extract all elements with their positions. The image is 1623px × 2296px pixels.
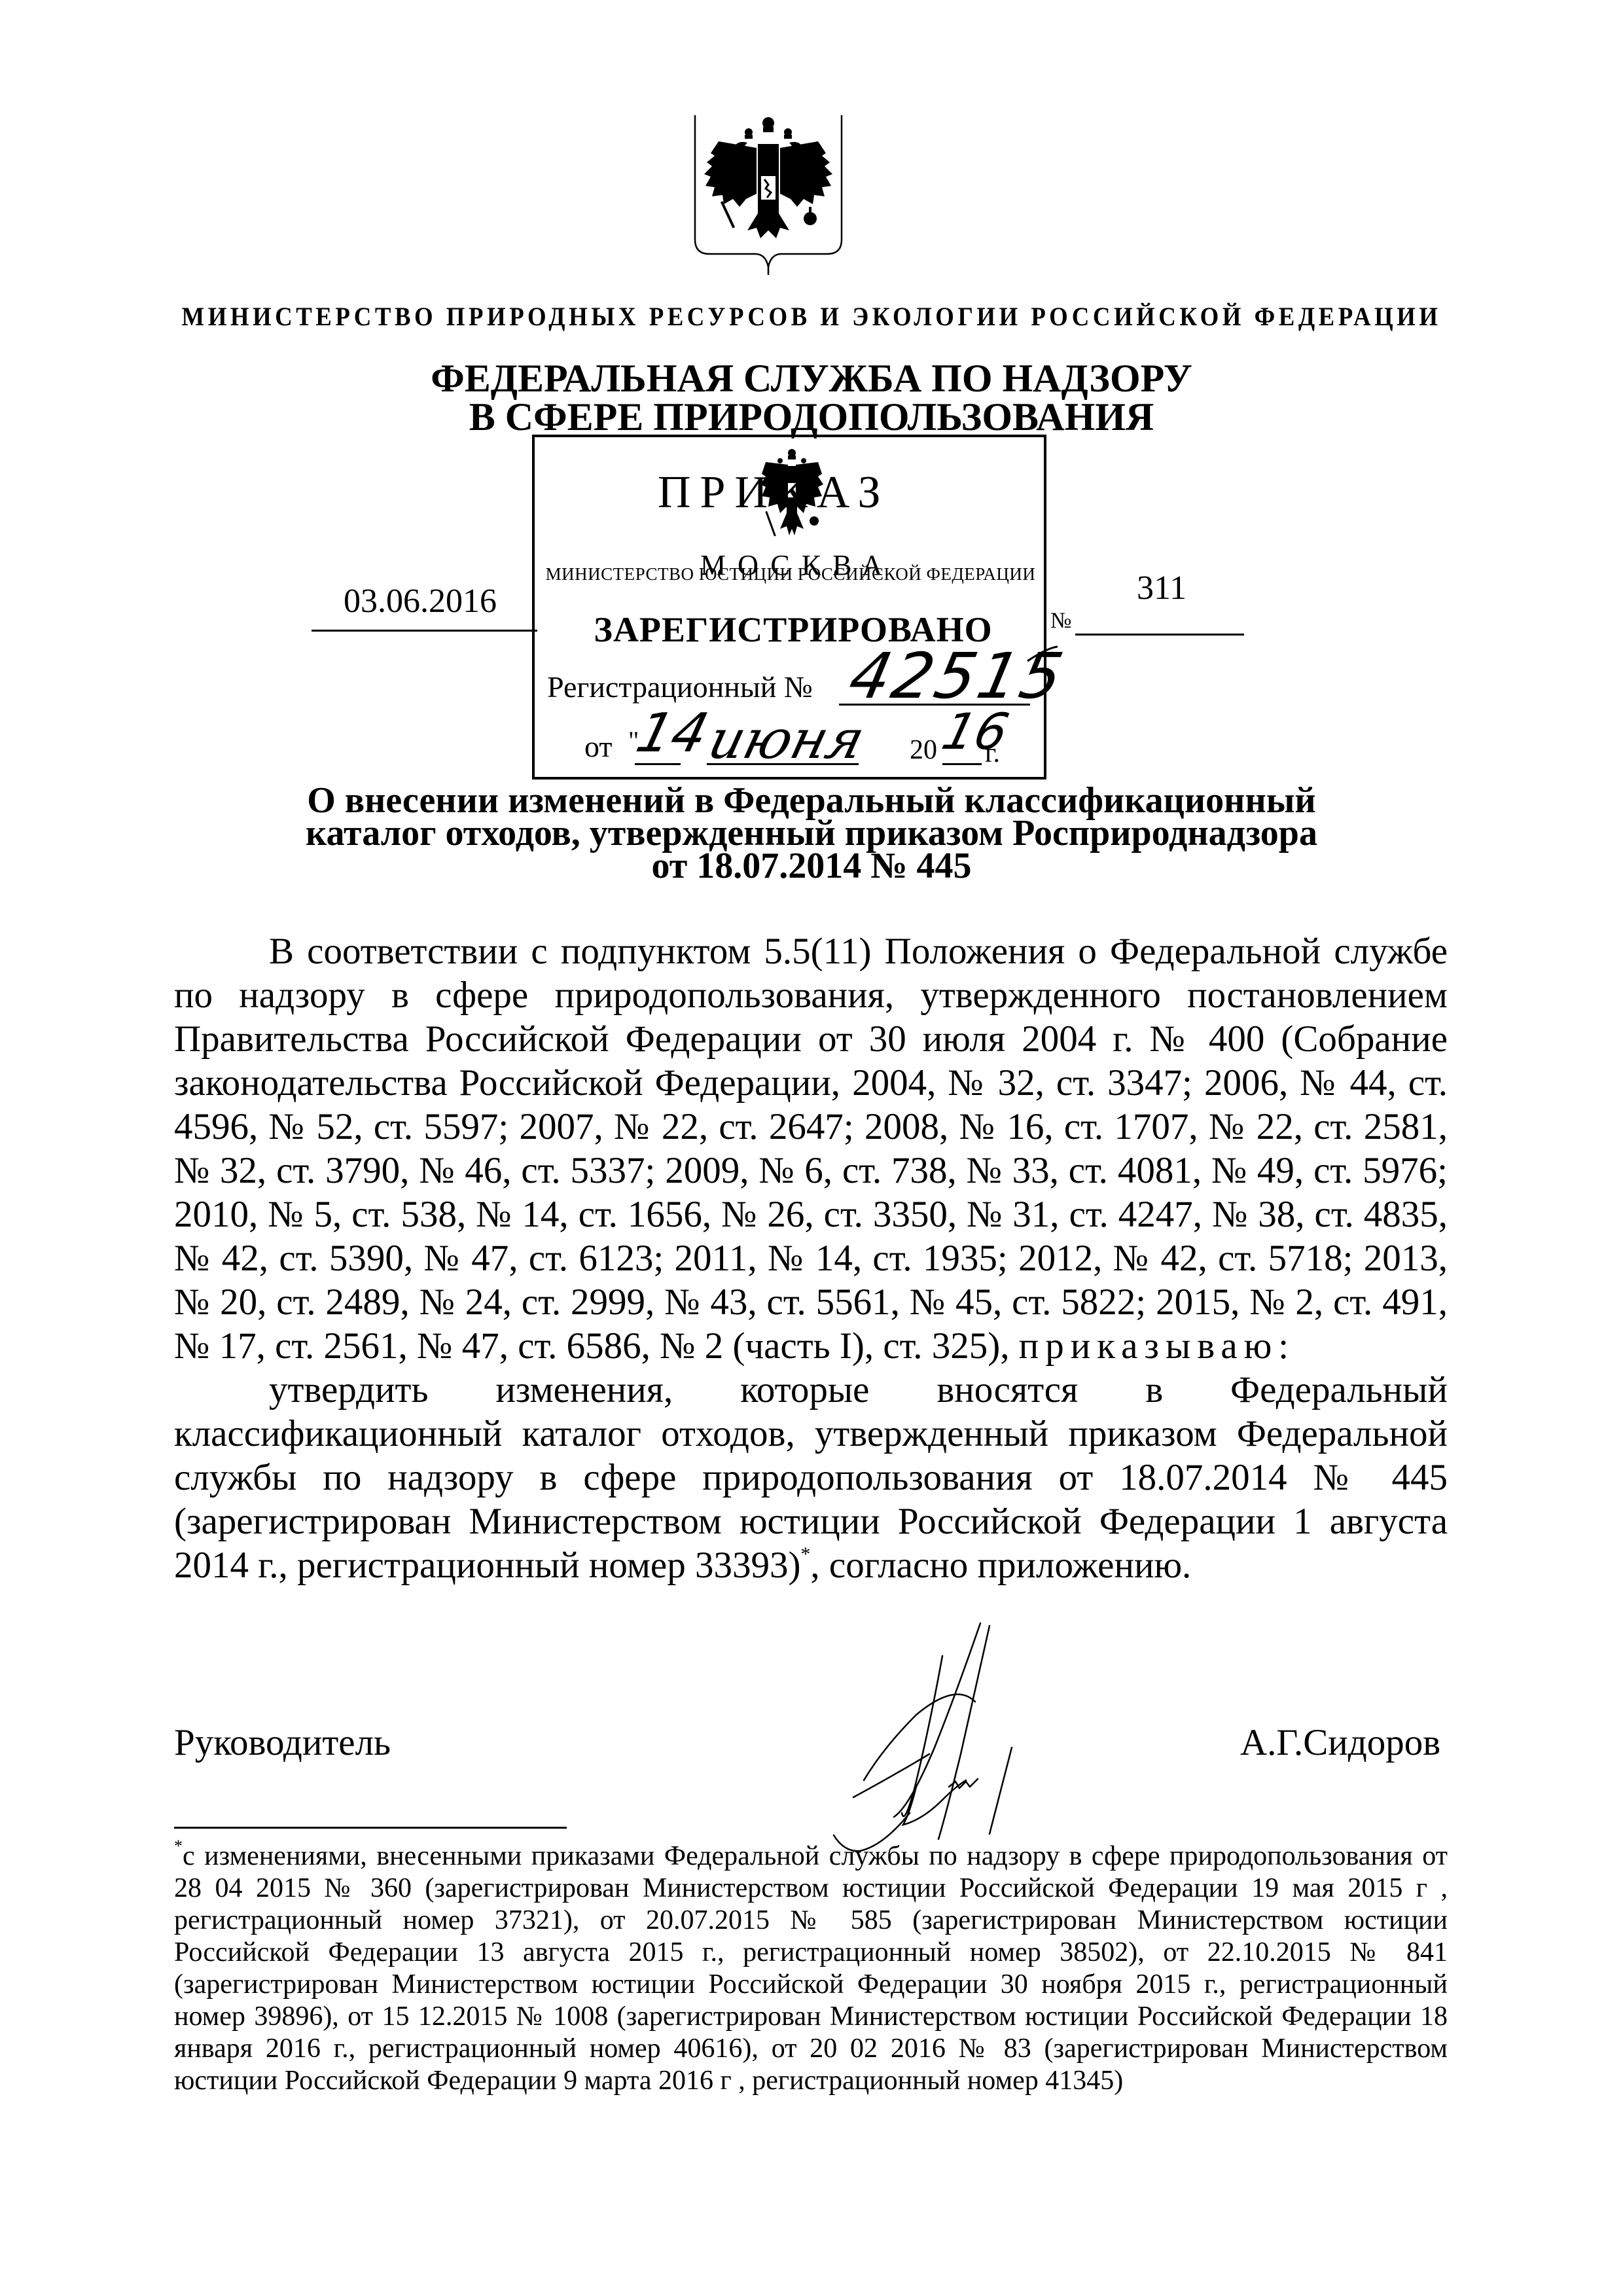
footnote-mark: * [174,1837,183,1856]
stamp-day-handwritten: 14 [632,707,713,761]
order-number: 311 [1137,571,1186,605]
handwritten-stroke-icon [772,622,1060,720]
signatory-name: А.Г.Сидоров [1240,1724,1440,1761]
preamble-paragraph: В соответствии с подпунктом 5.5(11) Поло… [174,929,1448,1368]
footnote-reference[interactable]: * [800,1543,810,1565]
order-body: В соответствии с подпунктом 5.5(11) Поло… [174,929,1448,1587]
russian-coat-of-arms-icon [692,115,844,275]
title-line3: от 18.07.2014 № 445 [0,850,1623,882]
footnote-text: с изменениями, внесенными приказами Феде… [174,1841,1448,2096]
stamp-year-underline [942,763,982,765]
service-name-line2: В СФЕРЕ ПРИРОДОПОЛЬЗОВАНИЯ [0,397,1623,437]
footnote-separator [174,1827,567,1829]
preamble-text: В соответствии с подпунктом 5.5(11) Поло… [174,931,1448,1367]
footnote: *с изменениями, внесенными приказами Фед… [174,1840,1448,2097]
stamp-justice-ministry: МИНИСТЕРСТВО ЮСТИЦИИ РОССИЙСКОЙ ФЕДЕРАЦИ… [544,565,1037,583]
document-type-prikaz: ПРИКАЗ [658,470,890,516]
date-underline [312,630,537,632]
signatory-role: Руководитель [174,1724,391,1761]
handwritten-signature-icon [818,1617,1027,1852]
resolution-text-end: , согласно приложению. [810,1545,1191,1586]
stamp-date-from-label: от [584,732,613,762]
service-name-line1: ФЕДЕРАЛЬНАЯ СЛУЖБА ПО НАДЗОРУ [0,359,1623,398]
order-date: 03.06.2016 [344,584,497,619]
order-word: приказываю: [1019,1325,1295,1367]
title-line2: каталог отходов, утвержденный приказом Р… [0,817,1623,850]
ministry-name: МИНИСТЕРСТВО ПРИРОДНЫХ РЕСУРСОВ И ЭКОЛОГ… [65,301,1558,332]
number-underline [1075,634,1244,636]
order-title: О внесении изменений в Федеральный класс… [0,784,1623,882]
resolution-paragraph: утвердить изменения, которые вносятся в … [174,1368,1448,1587]
stamp-month-handwritten: июня [704,713,870,767]
stamp-year-suffix: г. [985,740,1000,767]
title-line1: О внесении изменений в Федеральный класс… [0,784,1623,817]
stamp-year-century: 20 [910,736,937,764]
